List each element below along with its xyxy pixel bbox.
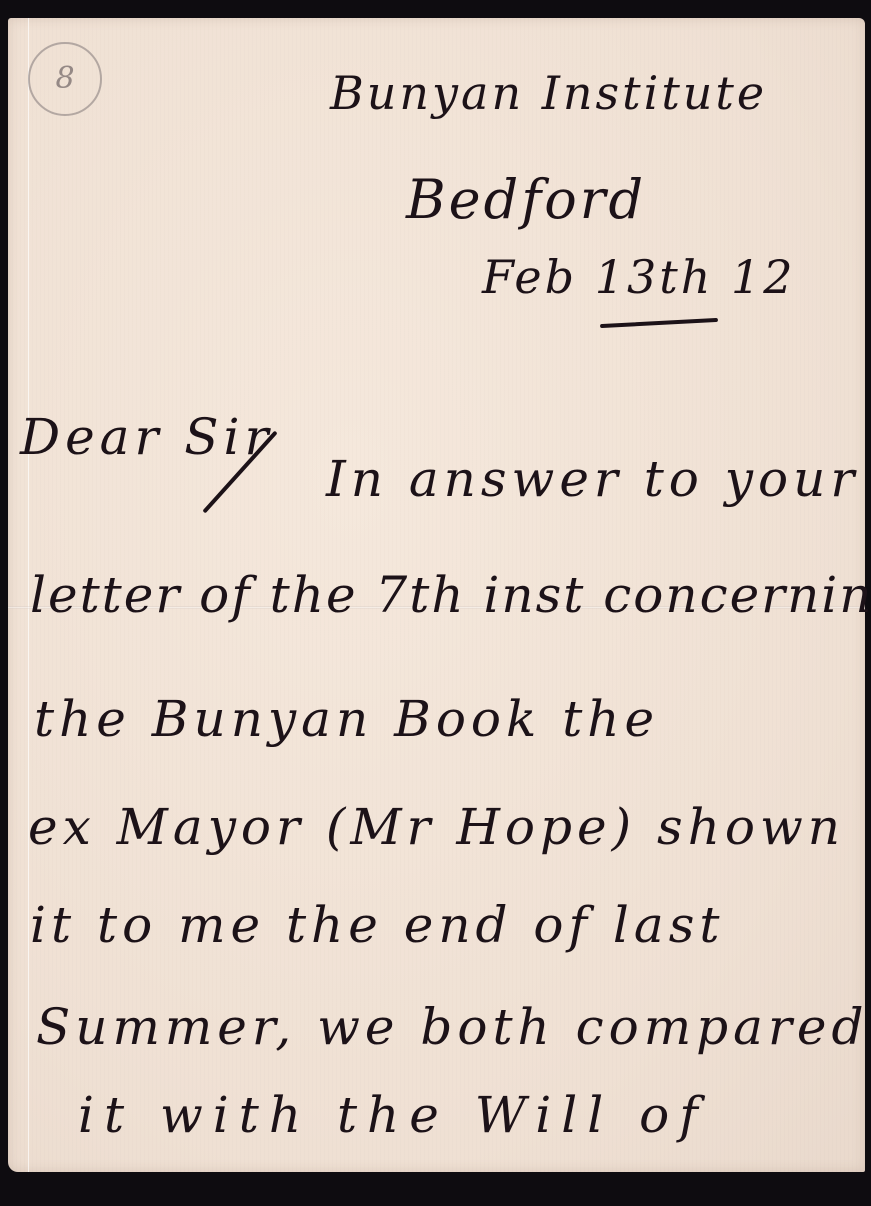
body-line-4: ex Mayor (Mr Hope) shown (28, 798, 845, 856)
letter-page: 8 Bunyan Institute Bedford Feb 13th 12 D… (8, 18, 865, 1172)
body-line-1: In answer to your (326, 450, 859, 508)
salutation: Dear Sir (20, 408, 273, 466)
body-line-2: letter of the 7th inst concerning (30, 566, 871, 624)
heading-town: Bedford (406, 168, 646, 231)
heading-institution: Bunyan Institute (330, 66, 767, 120)
body-line-5: it to me the end of last (30, 896, 725, 954)
heading-date: Feb 13th 12 (482, 250, 796, 304)
body-line-7: it with the Will of (78, 1086, 708, 1144)
body-line-6: Summer, we both compared (36, 998, 868, 1056)
body-line-3: the Bunyan Book the (34, 690, 659, 748)
margin-fold-line (28, 18, 29, 1172)
date-underline (600, 318, 718, 328)
archive-number-circle: 8 (28, 42, 102, 116)
